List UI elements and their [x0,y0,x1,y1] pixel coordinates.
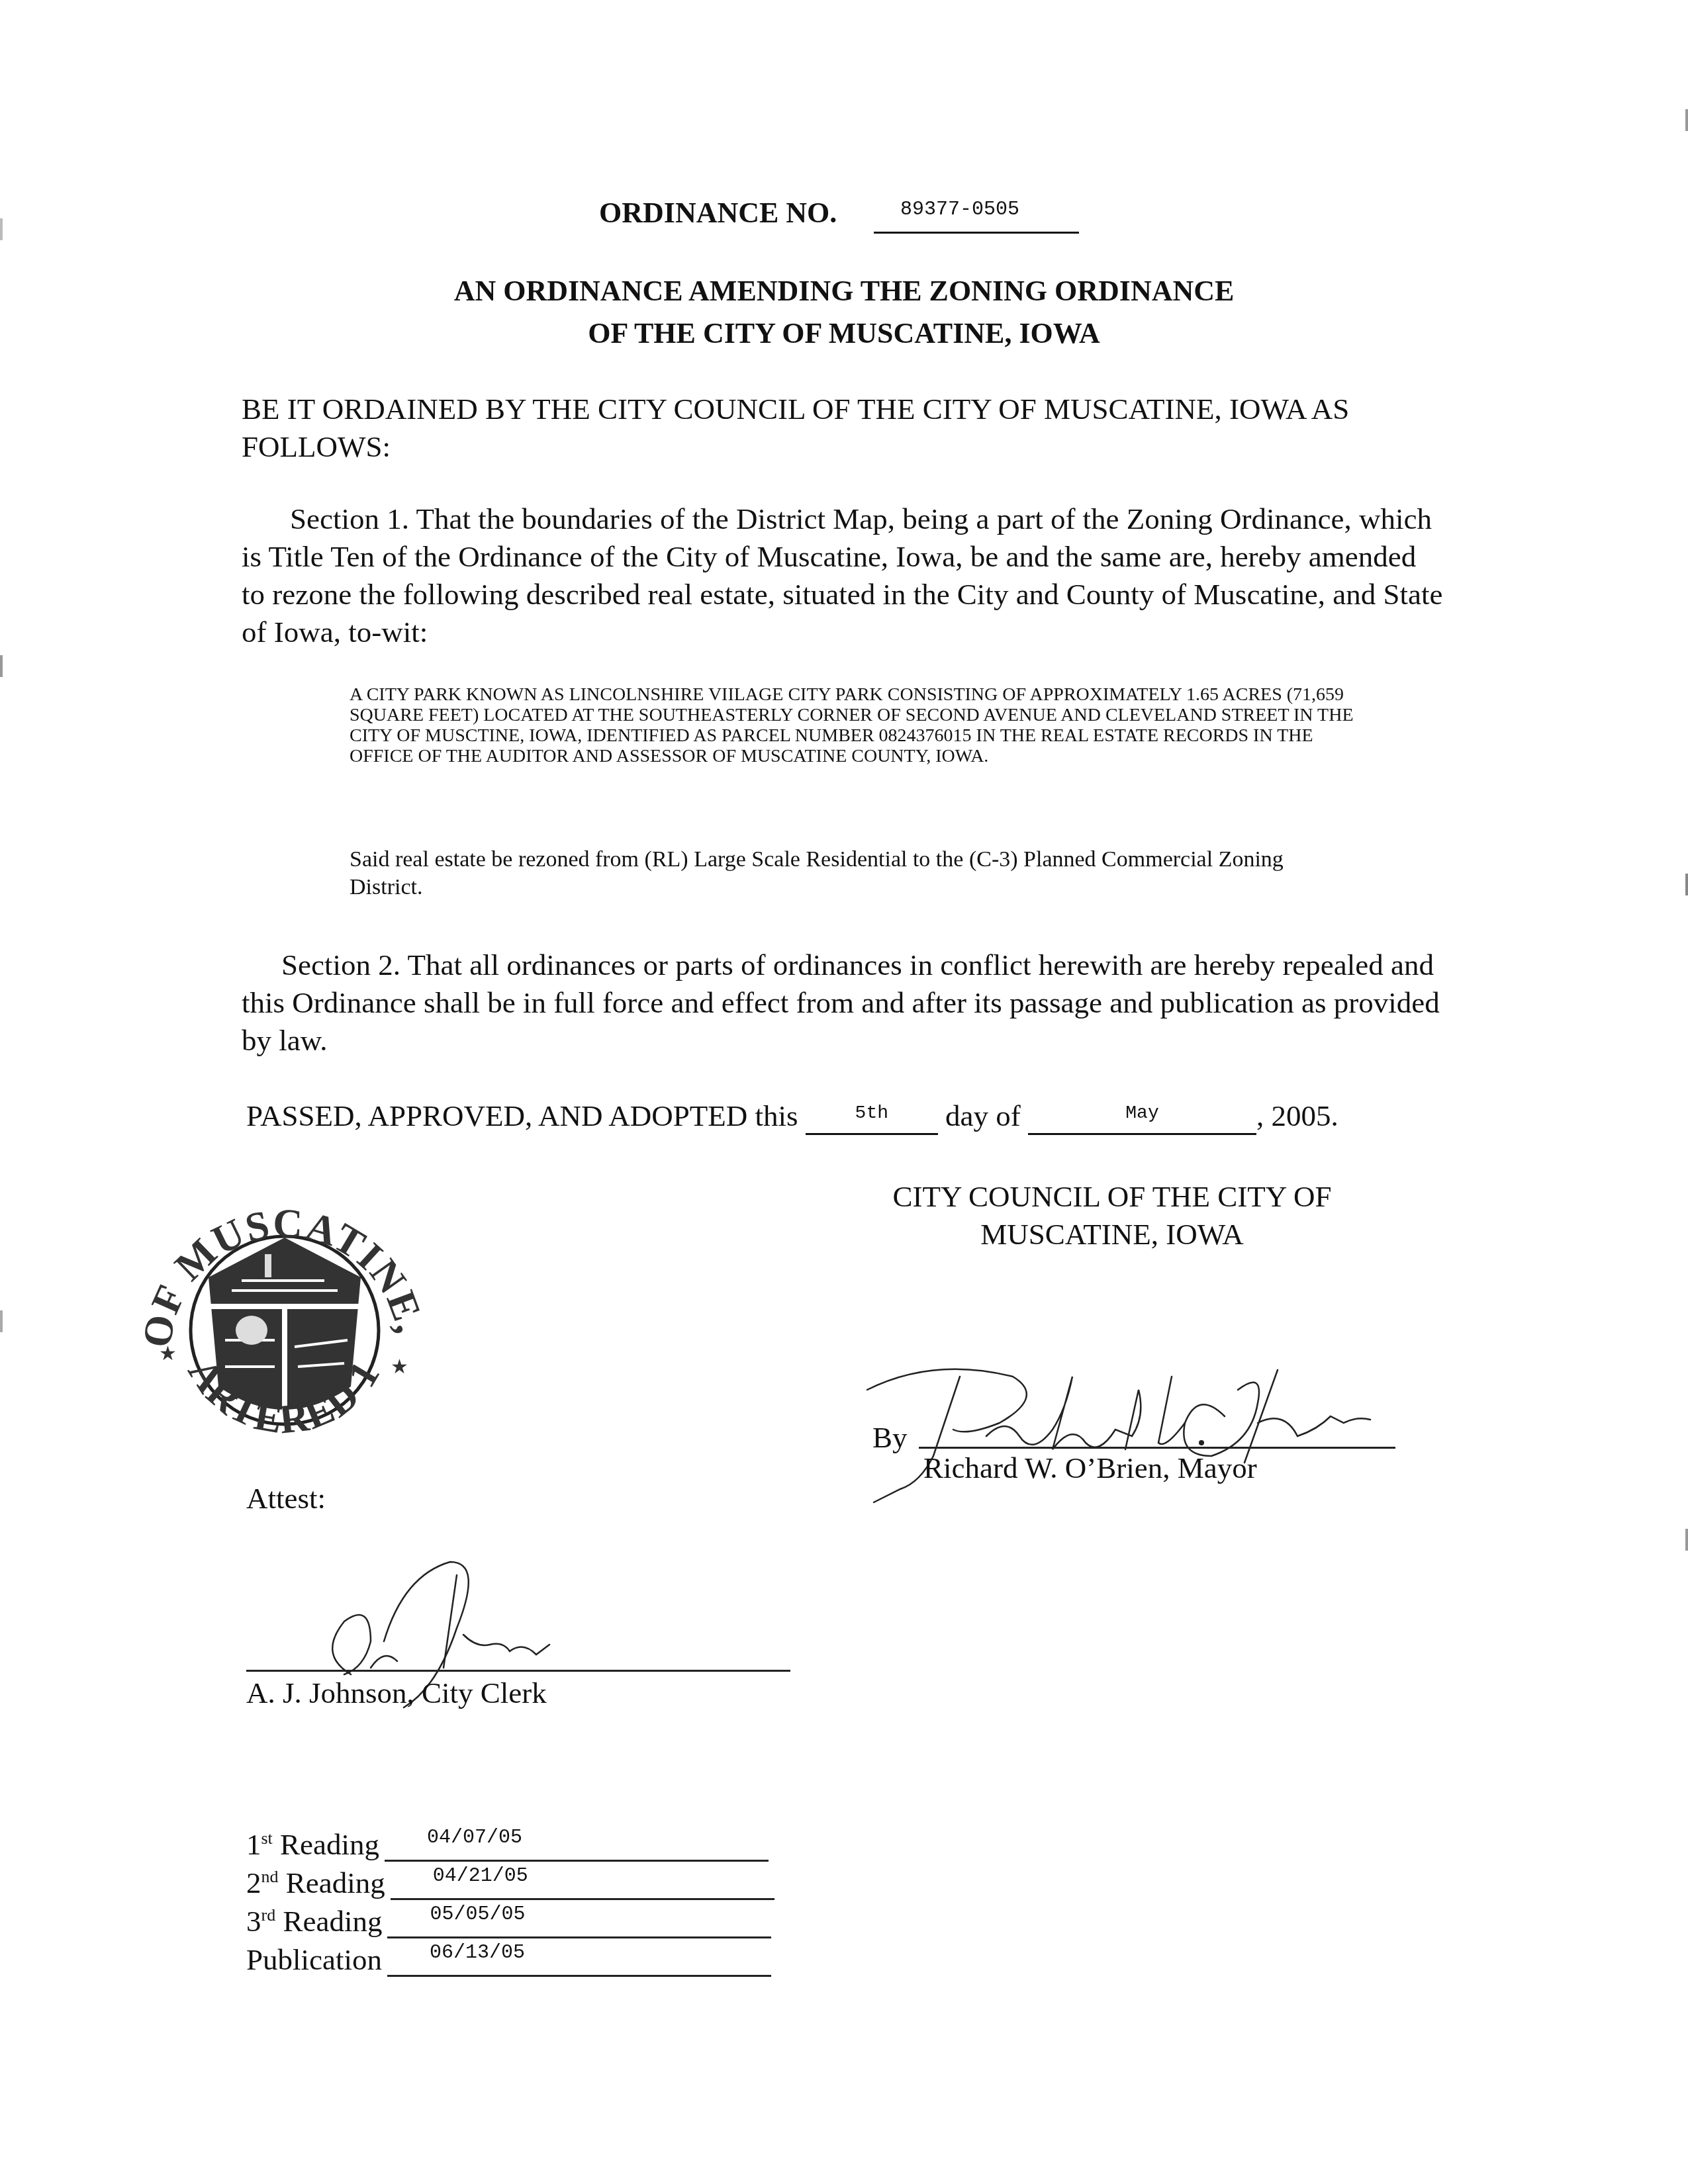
preamble: BE IT ORDAINED BY THE CITY COUNCIL OF TH… [242,390,1433,466]
section-1: Section 1. That the boundaries of the Di… [242,500,1446,651]
readings-list: 1st Reading 04/07/05 2nd Reading 04/21/0… [246,1823,774,1977]
ordinance-number-field: 89377-0505 [874,199,1079,234]
month-field: May [1028,1099,1256,1135]
document-title-line2: OF THE CITY OF MUSCATINE, IOWA [0,316,1688,350]
ordinance-number: 89377-0505 [900,199,1019,221]
reading-row-3: 3rd Reading 05/05/05 [246,1900,774,1938]
reading-date: 04/21/05 [433,1865,528,1888]
passed-middle: day of [945,1099,1021,1132]
svg-text:★: ★ [159,1343,177,1365]
reading-date-field: 05/05/05 [387,1907,771,1938]
clerk-name: A. J. Johnson, City Clerk [246,1676,547,1710]
attest-label: Attest: [246,1481,326,1516]
publication-date: 06/13/05 [430,1942,525,1964]
section-2: Section 2. That all ordinances or parts … [242,946,1446,1060]
reading-label: 1st Reading [246,1827,379,1862]
legal-description: A CITY PARK KNOWN AS LINCOLNSHIRE VIILAG… [350,684,1362,766]
council-line2: MUSCATINE, IOWA [861,1216,1364,1253]
svg-text:★: ★ [391,1356,408,1378]
passed-line: PASSED, APPROVED, AND ADOPTED this 5th d… [246,1099,1338,1135]
reading-date: 05/05/05 [430,1903,525,1926]
month-value: May [1125,1103,1158,1124]
reading-date-field: 04/21/05 [391,1869,774,1900]
by-label: By [872,1420,908,1455]
publication-label: Publication [246,1942,382,1977]
svg-text:CITY OF MUSCATINE, IOWA: CITY OF MUSCATINE, IOWA [126,1168,433,1350]
reading-row-2: 2nd Reading 04/21/05 [246,1862,774,1900]
publication-row: Publication 06/13/05 [246,1938,774,1977]
council-heading: CITY COUNCIL OF THE CITY OF MUSCATINE, I… [861,1178,1364,1253]
svg-text:CHARTERED 1851: CHARTERED 1851 [126,1168,389,1443]
reading-label: 2nd Reading [246,1866,385,1900]
mayor-signature-icon [854,1350,1470,1509]
mayor-signature-line [919,1447,1395,1449]
day-field: 5th [806,1099,938,1135]
publication-date-field: 06/13/05 [387,1946,771,1977]
reading-label: 3rd Reading [246,1904,382,1938]
rezone-statement: Said real estate be rezoned from (RL) La… [350,846,1342,901]
reading-date-field: 04/07/05 [385,1831,769,1862]
reading-date: 04/07/05 [427,1827,522,1849]
clerk-signature-line [246,1670,790,1672]
document-title-line1: AN ORDINANCE AMENDING THE ZONING ORDINAN… [0,274,1688,308]
day-value: 5th [855,1103,888,1124]
passed-suffix: , 2005. [1256,1099,1338,1132]
ordinance-label: ORDINANCE NO. [599,196,837,230]
council-line1: CITY COUNCIL OF THE CITY OF [861,1178,1364,1216]
passed-prefix: PASSED, APPROVED, AND ADOPTED this [246,1099,798,1132]
mayor-name: Richard W. O’Brien, Mayor [923,1451,1257,1485]
reading-row-1: 1st Reading 04/07/05 [246,1823,774,1862]
city-seal-icon: CITY OF MUSCATINE, IOWA CHARTERED 1851 ★… [126,1168,444,1486]
